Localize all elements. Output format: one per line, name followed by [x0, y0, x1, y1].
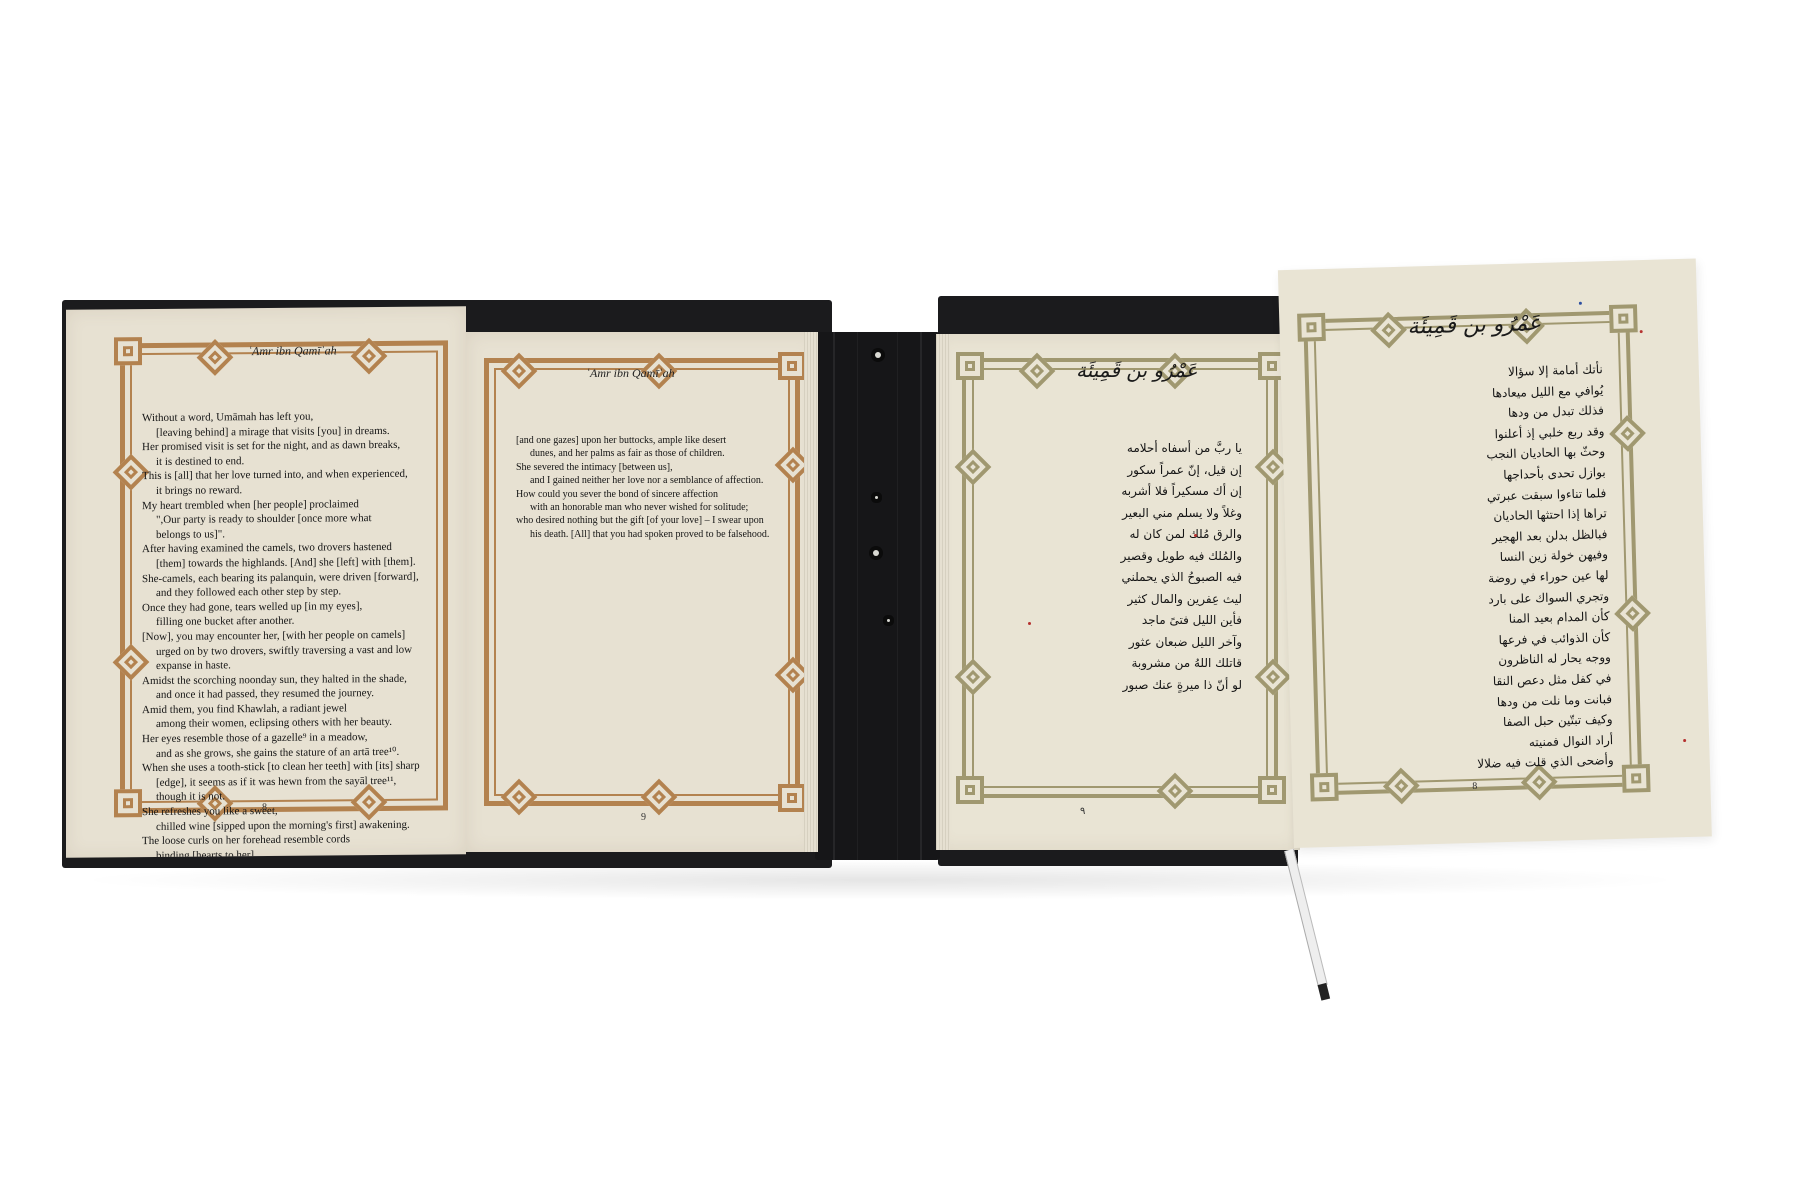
poem-line: among their women, eclipsing others with…: [142, 715, 420, 732]
running-head: ʿAmr ibn Qamīʾah: [248, 343, 337, 359]
poem-line: This is [all] that her love turned into,…: [142, 467, 420, 484]
page-number: ٩: [1080, 806, 1085, 817]
arabic-poem-text: نأتك أمامة إلا سؤالايُوافي مع الليل ميعا…: [1466, 359, 1614, 775]
poem-line: his death. [All] that you had spoken pro…: [516, 528, 769, 541]
poem-line: [edge], it seems as if it was hewn from …: [142, 774, 420, 791]
arabic-poem-line: لو أنّ ذا ميرةٍ عنك صبور: [1121, 675, 1242, 697]
poem-line: Amidst the scorching noonday sun, they h…: [142, 671, 420, 688]
arabic-poem-line: ليث عِفرين والمال كثير: [1121, 589, 1242, 611]
arabic-page-left: عَمْرُو بن قَمِيئَة يا ربَّ من أسفاه أحل…: [936, 334, 1300, 850]
arabic-poem-line: يا ربَّ من أسفاه أحلامه: [1121, 438, 1242, 460]
paper-fleck: [1683, 739, 1686, 742]
binding-rivet-1: [875, 352, 881, 358]
page-number: 8: [1472, 781, 1477, 792]
arabic-page-right: عَمْرُو بن قَمِيئَة نأتك أمامة إلا سؤالا…: [1278, 259, 1712, 848]
poem-text: [and one gazes] upon her buttocks, ample…: [516, 434, 769, 541]
english-page-right: ʿAmr ibn Qamīʾah [and one gazes] upon he…: [466, 332, 818, 852]
arabic-running-title: عَمْرُو بن قَمِيئَة: [1076, 358, 1198, 382]
poem-line: and I gained neither her love nor a semb…: [516, 474, 769, 487]
arabic-poem-line: وأضحى الذي قلت فيه ضلالا: [1477, 750, 1614, 774]
poem-line: dunes, and her palms as fair as those of…: [516, 447, 769, 460]
book-spine: [815, 332, 940, 860]
poem-line: urged on by two drovers, swiftly travers…: [142, 642, 420, 659]
arabic-poem-text: يا ربَّ من أسفاه أحلامهإن قيل، إنّ عمراً…: [1121, 438, 1242, 696]
frame-corner-ornament: [114, 337, 142, 365]
poem-line: She severed the intimacy [between us],: [516, 461, 769, 474]
poem-line: Her promised visit is set for the night,…: [142, 438, 420, 455]
arabic-poem-line: والمُلك فيه طويل وقصير: [1121, 546, 1242, 568]
arabic-poem-line: إن قيل، إنّ عمراً سكور: [1121, 460, 1242, 482]
frame-corner-ornament: [778, 352, 806, 380]
frame-corner-ornament: [114, 789, 142, 817]
arabic-poem-line: وغلاً ولا يسلم مني البعير: [1121, 503, 1242, 525]
paper-fleck: [1640, 330, 1643, 333]
frame-corner-ornament: [1258, 776, 1286, 804]
frame-corner-ornament: [1622, 764, 1651, 793]
page-edges: [936, 334, 950, 850]
frame-corner-ornament: [956, 776, 984, 804]
binding-rivet-3: [873, 550, 879, 556]
poem-line: [and one gazes] upon her buttocks, ample…: [516, 434, 769, 447]
page-number: 9: [641, 812, 646, 823]
frame-corner-ornament: [778, 784, 806, 812]
poem-line: with an honorable man who never wished f…: [516, 501, 769, 514]
paper-fleck: [1579, 302, 1582, 305]
frame-corner-ornament: [1609, 304, 1638, 333]
poem-line: chilled wine [sipped upon the morning's …: [142, 817, 420, 834]
ornamental-frame-inner: [494, 368, 790, 796]
page-edges: [804, 332, 818, 852]
frame-corner-ornament: [1310, 773, 1339, 802]
poem-text: Without a word, Umāmah has left you,[lea…: [142, 409, 420, 858]
poem-line: How could you sever the bond of sincere …: [516, 488, 769, 501]
arabic-poem-line: قاتلك اللهُ من مشروبة: [1121, 653, 1242, 675]
page-number: 8: [262, 802, 267, 813]
arabic-poem-line: إن أك مسكيراً فلا أشربه: [1121, 481, 1242, 503]
arabic-poem-line: فيه الصبوحُ الذي يحملني: [1121, 567, 1242, 589]
arabic-poem-line: والرق مُلك لمن كان له: [1121, 524, 1242, 546]
arabic-poem-line: وآخر الليل ضبعان عثور: [1121, 632, 1242, 654]
english-page-left: ʿAmr ibn Qamīʾah Without a word, Umāmah …: [66, 306, 466, 857]
paper-fleck: [1194, 534, 1197, 537]
poem-line: She-camels, each bearing its palanquin, …: [142, 569, 420, 586]
poem-line: who desired nothing but the gift [of you…: [516, 514, 769, 527]
paper-fleck: [1028, 622, 1031, 625]
frame-corner-ornament: [956, 352, 984, 380]
binding-rivet-2: [875, 496, 878, 499]
binding-rivet-4: [887, 619, 890, 622]
frame-corner-ornament: [1297, 313, 1326, 342]
arabic-running-title: عَمْرُو بن قَمِيئَة: [1407, 311, 1541, 340]
running-head: ʿAmr ibn Qamīʾah: [586, 366, 675, 381]
arabic-poem-line: فأين الليل فتىً ماجد: [1121, 610, 1242, 632]
